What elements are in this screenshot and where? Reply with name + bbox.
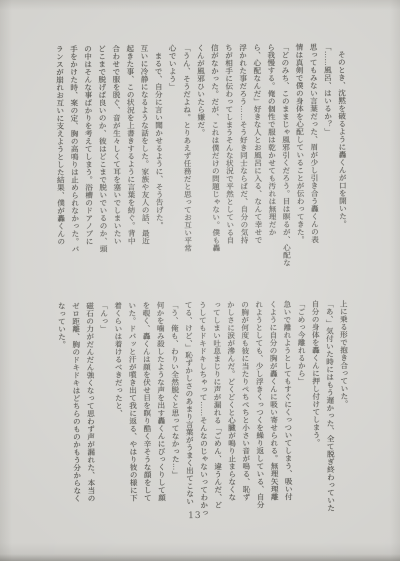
page-content: そのとき、沈黙を破るように轟くんが口を開いた。「……風呂、はいるか？」思ってもみ…	[0, 0, 400, 561]
text-line: 「……風呂、はいるか？」	[320, 43, 336, 267]
text-line: 手をかけた時、案の定、胸の高鳴りは止められなかった。バ	[66, 45, 82, 269]
text-line: ら、心配なんだ」好きな人とお風呂に入る、なんて幸せで	[249, 43, 265, 267]
text-line: を覗く、轟くんは顔を伏せ目を瞑り酷く辛そうな顔をして	[139, 301, 155, 525]
text-line: 情は真剣で僕の身体を心配していることが伝わってきた。	[292, 43, 308, 267]
text-line: ゼロ距離、胸のドキドキはどちらのものかもう分からなく	[68, 302, 84, 526]
text-line: どこまで脱げば良いのか、彼はどこまで脱いでいるのか、頭	[94, 45, 110, 269]
text-line: 自分の身体を轟くんに押し付けてしまう。	[308, 300, 324, 524]
text-line: ランスが崩れお互いに支えようとした結果、僕が轟くんの	[52, 45, 68, 269]
text-line: 「ごめっ今離れるから」	[294, 300, 310, 524]
text-line: 「うん、そうだよね。とりあえず任務だと思ってお互い平常	[179, 44, 195, 268]
page-number: 13	[183, 511, 207, 521]
text-line: 起きた事、この状況を上書きするように言葉を紡ぐ。背中	[123, 44, 139, 268]
text-line: そのとき、沈黙を破るように轟くんが口を開いた。	[334, 43, 350, 267]
text-line: 上に乗る形で抱き合っていた。	[336, 300, 352, 524]
text-line: 「どのみち、このままじゃ風邪引くだろう。目は瞑るが、心配な	[278, 43, 294, 267]
bottom-text-block: 上に乗る形で抱き合っていた。「あ、」気付いた時にはもう遅かった、全て脱ぎ終わって…	[52, 300, 352, 526]
text-line: ってしまい吐息まじりに声が漏れる「ごめん、違うんだ、ど	[209, 301, 225, 525]
text-line: 着くらいは着けるべきだったと、	[111, 302, 127, 526]
text-line: 急いで離れようとしてもすぐにくっついてしまう、吸い付	[280, 300, 296, 524]
text-line: 信がなかった。だが、これは僕だけの問題じゃない。僕も轟	[207, 44, 223, 268]
text-line: れようとしても、少し浮きくっつくを繰り返している、自分	[252, 300, 268, 524]
text-line: くんが風邪ひいたら嫌だ。	[193, 44, 209, 268]
text-line: ら我慢する。俺の個性で服は乾かせても汚れは無理だか	[264, 43, 280, 267]
text-line: 心でいよう」	[165, 44, 181, 268]
text-line: 「う、俺も、わりい全然脱ぐと思ってなかった…」	[167, 301, 183, 525]
text-line: ちが相手に伝わってしまうそんな状況で平然としている自	[221, 44, 237, 268]
text-line: てる、けど、」恥ずかしさのあまり言葉がうまく出てこない	[181, 301, 197, 525]
text-line: かしさに涙が滲んだ。どくどくと心臓が鳴り止まらなくな	[223, 301, 239, 525]
text-line: の中はそんな事ばかりを考えてしまう。浴槽のドアノブに	[80, 45, 96, 269]
scanned-page: そのとき、沈黙を破るように轟くんが口を開いた。「……風呂、はいるか？」思ってもみ…	[0, 0, 400, 561]
text-line: 思ってもみない言葉だった、眉が少し引き合う轟くんの表	[306, 43, 322, 267]
text-line: 何かを噛み殺したような声を出す轟くんにびっくりして顔	[153, 301, 169, 525]
text-line: くように自分の胸が轟くんに吸い寄せられる。無理矢理離	[266, 300, 282, 524]
text-line: の胸が何度も彼に当たりぺちぺちと小さい音が鳴る、恥ず	[237, 301, 253, 525]
text-line: いた。ドバッと汗が噴き出て我に返る、やはり彼の様に下	[125, 301, 141, 525]
text-line: なっていた。	[54, 302, 70, 526]
top-text-block: そのとき、沈黙を破るように轟くんが口を開いた。「……風呂、はいるか？」思ってもみ…	[50, 43, 350, 269]
text-line: 合わせで服を脱ぐ、音が生々しくて耳を塞いでしまいたい	[109, 45, 125, 269]
text-line: 互いに冷静になるような話をした。家族や友人の話、最近	[137, 44, 153, 268]
text-line: 浮かれた事だろう……そう好き同士ならばだ、自分の気持	[235, 44, 251, 268]
text-line: 磁石の力がだんだん強くなって思わず声が漏れた、本当の	[82, 302, 98, 526]
text-line: うしてもドキドキしちゃって……そんなのじゃないってわかっ	[195, 301, 211, 525]
text-line: まるで、自分に言い聞かせるように、そう告げた。	[151, 44, 167, 268]
text-line: 「あ、」気付いた時にはもう遅かった、全て脱ぎ終わっていた	[322, 300, 338, 524]
